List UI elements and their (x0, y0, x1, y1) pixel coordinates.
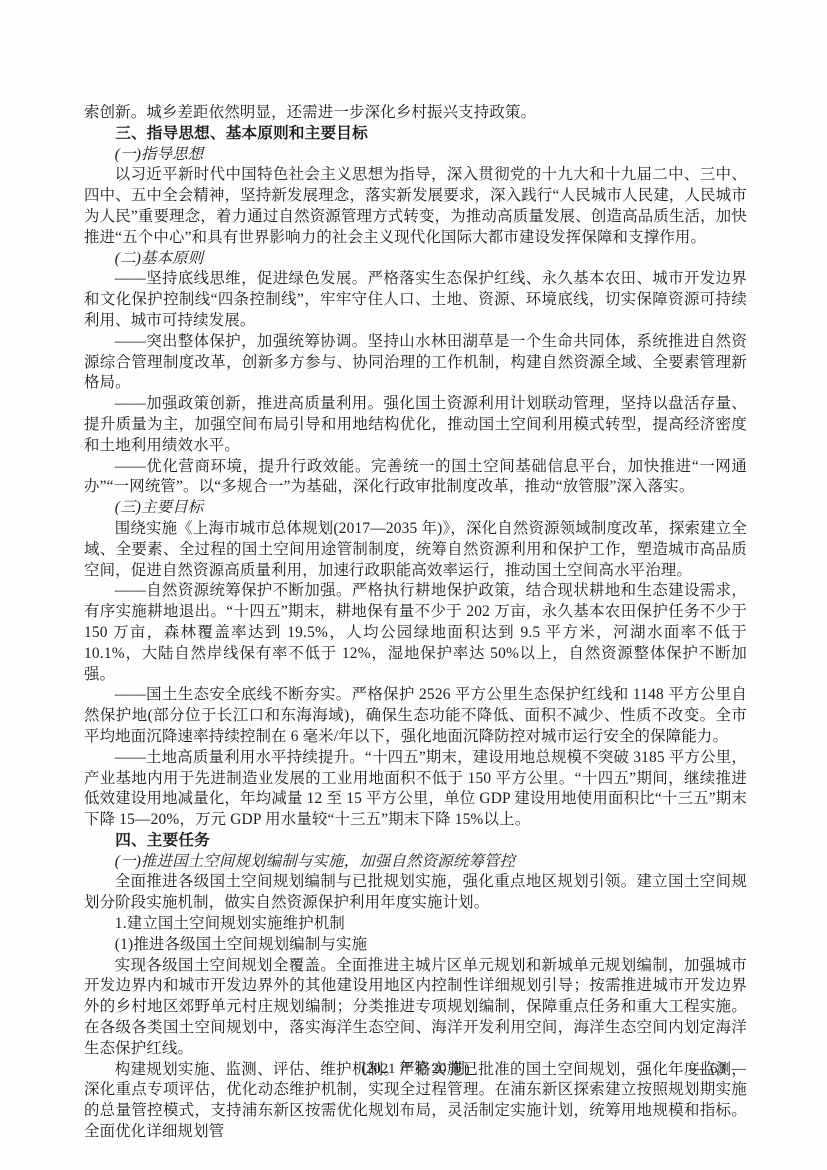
paragraph-goal-1: ——自然资源统筹保护不断加强。严格执行耕地保护政策，结合现状耕地和生态建设需求，… (84, 581, 747, 685)
subheading-main-goals: (三)主要目标 (84, 498, 747, 519)
subheading-main-task-1: (一)推进国土空间规划编制与实施，加强自然资源统筹管控 (84, 852, 747, 873)
document-body: 索创新。城乡差距依然明显，还需进一步深化乡村振兴支持政策。 三、指导思想、基本原… (84, 103, 747, 1143)
paragraph-task-intro: 全面推进各级国土空间规划编制与已批规划实施，强化重点地区规划引领。建立国土空间规… (84, 872, 747, 914)
page-footer: (2021 年第 20 期) — 63 — (84, 1058, 747, 1080)
section-heading-4: 四、主要任务 (84, 831, 747, 852)
paragraph-continuation: 索创新。城乡差距依然明显，还需进一步深化乡村振兴支持政策。 (84, 103, 747, 124)
paragraph-principle-4: ——优化营商环境，提升行政效能。完善统一的国土空间基础信息平台，加快推进“一网通… (84, 457, 747, 499)
paragraph-goal-3: ——土地高质量利用水平持续提升。“十四五”期末，建设用地总规模不突破 3185 … (84, 748, 747, 831)
numbered-item-1: 1.建立国土空间规划实施维护机制 (84, 914, 747, 935)
page-number: — 63 — (690, 1058, 747, 1080)
numbered-subitem-1: (1)推进各级国土空间规划编制与实施 (84, 935, 747, 956)
section-heading-3: 三、指导思想、基本原则和主要目标 (84, 124, 747, 145)
paragraph-principle-1: ——坚持底线思维，促进绿色发展。严格落实生态保护红线、永久基本农田、城市开发边界… (84, 269, 747, 331)
paragraph-goals-intro: 围绕实施《上海市城市总体规划(2017—2035 年)》，深化自然资源领域制度改… (84, 519, 747, 581)
subheading-guiding-ideology: (一)指导思想 (84, 145, 747, 166)
paragraph-principle-2: ——突出整体保护，加强统筹协调。坚持山水林田湖草是一个生命共同体，系统推进自然资… (84, 332, 747, 394)
subheading-basic-principles: (二)基本原则 (84, 249, 747, 270)
paragraph-goal-2: ——国土生态安全底线不断夯实。严格保护 2526 平方公里生态保护红线和 114… (84, 685, 747, 747)
document-page: 索创新。城乡差距依然明显，还需进一步深化乡村振兴支持政策。 三、指导思想、基本原… (0, 0, 827, 1170)
paragraph-planning-coverage: 实现各级国土空间规划全覆盖。全面推进主城片区单元规划和新城单元规划编制，加强城市… (84, 956, 747, 1060)
paragraph-principle-3: ——加强政策创新，推进高质量利用。强化国土资源利用计划联动管理，坚持以盘活存量、… (84, 394, 747, 456)
paragraph: 以习近平新时代中国特色社会主义思想为指导，深入贯彻党的十九大和十九届二中、三中、… (84, 165, 747, 248)
issue-label: (2021 年第 20 期) (84, 1058, 747, 1080)
